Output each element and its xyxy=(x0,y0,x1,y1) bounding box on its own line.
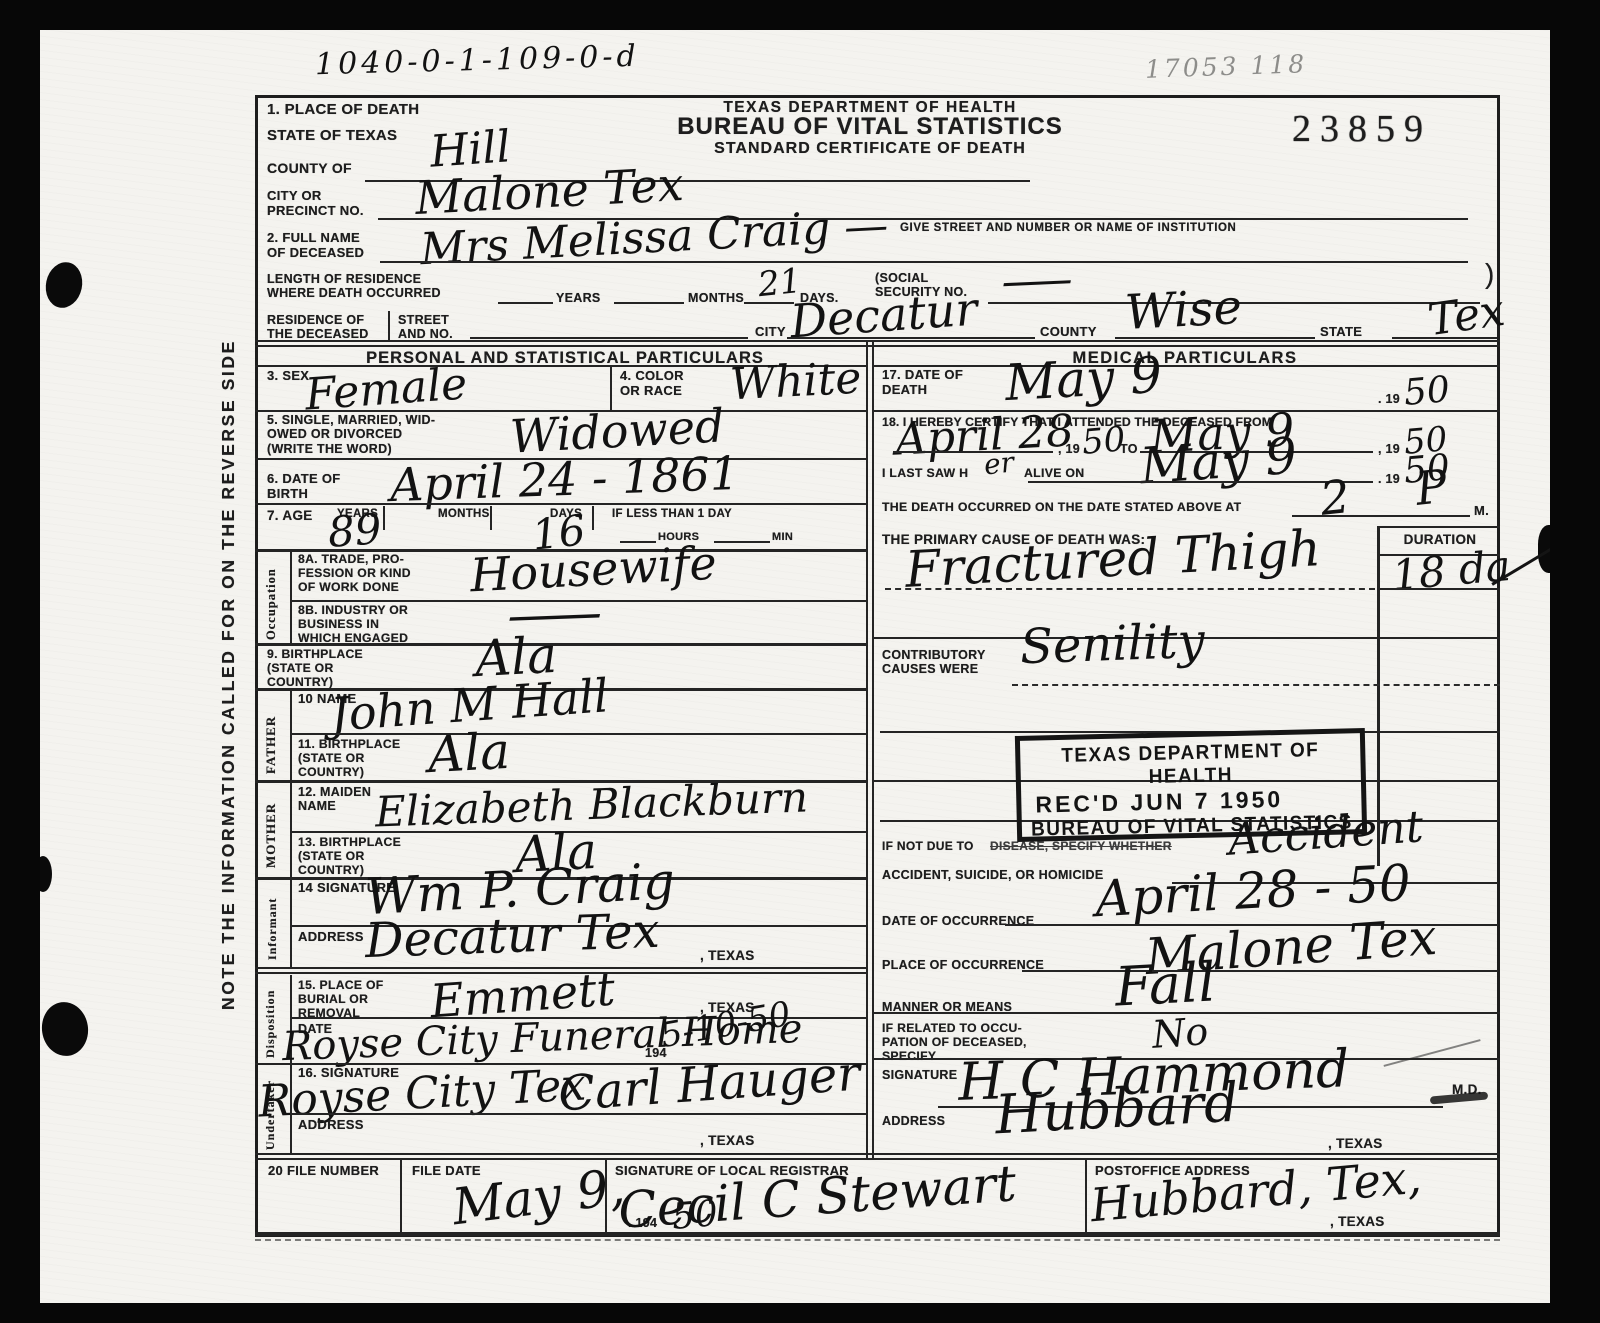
mother-side-label: MOTHER xyxy=(264,790,279,868)
footer-rule-1 xyxy=(255,1153,1500,1155)
date-occurrence-label: DATE OF OCCURRENCE xyxy=(882,914,1034,928)
from-rule xyxy=(893,451,1053,453)
full-name-rule xyxy=(380,261,1468,263)
informant-side-label: Informant xyxy=(266,884,280,960)
age-years-value: 89 xyxy=(327,508,383,554)
physician-address-value: Hubbard xyxy=(994,1076,1240,1143)
min-rule xyxy=(714,541,770,543)
res-state-label: STATE xyxy=(1320,325,1362,340)
birthplace-label: 9. BIRTHPLACE(STATE ORCOUNTRY) xyxy=(267,647,363,689)
accident-suicide-label: ACCIDENT, SUICIDE, OR HOMICIDE xyxy=(882,868,1104,882)
place-of-death-label: 1. PLACE OF DEATH xyxy=(267,101,419,118)
occurred-rule xyxy=(1292,515,1470,517)
contributory-rule xyxy=(1012,684,1500,686)
header-rule-1 xyxy=(255,340,1500,342)
color-race-value: White xyxy=(729,357,862,408)
disposition-side-label: Disposition xyxy=(264,980,278,1058)
days-rule xyxy=(744,302,794,304)
er-value: er xyxy=(983,449,1016,480)
from-19-label: , 19 xyxy=(1058,442,1080,456)
form-bottom-border xyxy=(255,1232,1500,1236)
res-county-rule xyxy=(1115,337,1315,339)
certificate-number: 23859 xyxy=(1292,108,1432,152)
informant-texas-label: , TEXAS xyxy=(700,948,755,964)
date-of-death-value: May 9 xyxy=(1004,350,1163,408)
age-label: 7. AGE xyxy=(267,508,313,524)
father-side-label: FATHER xyxy=(264,696,279,774)
informant-strip-line xyxy=(290,877,292,967)
county-label: COUNTY OF xyxy=(267,160,352,176)
age-tick-3 xyxy=(592,506,594,530)
to-label: TO xyxy=(1120,442,1138,456)
ssn-dash-value: — xyxy=(997,255,1076,304)
row6-rule xyxy=(255,503,866,505)
occupation-side-label: Occupation xyxy=(264,556,278,640)
contributory-value: Senility xyxy=(1019,617,1205,671)
residence-label: RESIDENCE OFTHE DECEASED xyxy=(267,313,369,342)
informant-address-value: Decatur Tex xyxy=(364,907,660,965)
medical-title-rule xyxy=(874,365,1500,367)
months-label: MONTHS xyxy=(688,291,744,305)
disease-specify-label: DISEASE, SPECIFY WHETHER xyxy=(990,840,1172,854)
city-precinct-label: CITY ORPRECINCT NO. xyxy=(267,189,364,219)
to-19-label: , 19 xyxy=(1378,442,1400,456)
row16-rule xyxy=(290,1113,866,1115)
res-city-rule xyxy=(787,337,1035,339)
less-than-day-label: IF LESS THAN 1 DAY xyxy=(612,508,732,521)
dob-value: April 24 - 1861 xyxy=(389,450,739,508)
occurred-label: THE DEATH OCCURRED ON THE DATE STATED AB… xyxy=(882,500,1241,514)
res-county-label: COUNTY xyxy=(1040,325,1097,340)
bureau-title: BUREAU OF VITAL STATISTICS xyxy=(540,113,1200,141)
res-county-value: Wise xyxy=(1124,283,1243,337)
duration-top-rule xyxy=(1377,526,1500,528)
street-rule xyxy=(470,337,748,339)
handwritten-file-code: 1040-0-1-109-0-d xyxy=(315,42,640,80)
cause-rule xyxy=(885,588,1375,590)
marital-label: 5. SINGLE, MARRIED, WID-OWED OR DIVORCED… xyxy=(267,413,435,456)
res-city-value: Decatur xyxy=(789,286,979,345)
trade-label: 8A. TRADE, PRO-FESSION OR KINDOF WORK DO… xyxy=(298,552,411,594)
scan-border-right xyxy=(1550,0,1600,1323)
age-months-label: MONTHS xyxy=(438,508,490,521)
date-of-death-label: 17. DATE OFDEATH xyxy=(882,368,963,398)
footer-div-1 xyxy=(400,1160,402,1234)
residence-tick xyxy=(388,311,390,341)
duration-row-rule xyxy=(1377,588,1500,590)
scan-border-top xyxy=(0,0,1600,30)
stamp-line-1: TEXAS DEPARTMENT OF HEALTH xyxy=(1029,738,1353,791)
age-tick-1 xyxy=(383,506,385,530)
row10-rule xyxy=(290,733,866,735)
physician-texas-label: , TEXAS xyxy=(1328,1136,1383,1152)
physician-address-label: ADDRESS xyxy=(882,1114,945,1128)
occupation-strip-line xyxy=(290,549,292,643)
certificate-title: STANDARD CERTIFICATE OF DEATH xyxy=(560,140,1180,158)
state-of-texas-label: STATE OF TEXAS xyxy=(267,127,397,144)
years-label: YEARS xyxy=(556,291,601,305)
undertaker-texas-label: , TEXAS xyxy=(700,1133,755,1149)
faint-pencil-code: 17053 118 xyxy=(1145,51,1308,82)
months-rule xyxy=(614,302,684,304)
street-and-no-label: STREETAND NO. xyxy=(398,313,453,342)
place-occurrence-rule xyxy=(1022,970,1498,972)
father-birthplace-label: 11. BIRTHPLACE(STATE ORCOUNTRY) xyxy=(298,737,400,779)
color-race-label: 4. COLOROR RACE xyxy=(620,369,684,399)
row8b-rule xyxy=(255,643,866,646)
age-tick-2 xyxy=(490,506,492,530)
res-state-rule xyxy=(1392,337,1497,339)
full-name-label: 2. FULL NAMEOF DECEASED xyxy=(267,231,364,261)
street-hint-label: GIVE STREET AND NUMBER OR NAME OF INSTIT… xyxy=(900,222,1236,235)
dob-label: 6. DATE OFBIRTH xyxy=(267,472,341,502)
scanned-death-certificate: NOTE THE INFORMATION CALLED FOR ON THE R… xyxy=(0,0,1600,1323)
res-city-label: CITY xyxy=(755,325,786,340)
alive-on-label: ALIVE ON xyxy=(1024,466,1084,480)
manner-means-value: Fall xyxy=(1114,955,1217,1014)
file-number-label: 20 FILE NUMBER xyxy=(268,1164,379,1179)
res-state-value: Tex xyxy=(1425,289,1507,343)
mother-strip-line xyxy=(290,780,292,877)
scan-border-bottom xyxy=(0,1303,1600,1323)
industry-label: 8B. INDUSTRY ORBUSINESS INWHICH ENGAGED xyxy=(298,603,408,645)
burial-label: 15. PLACE OFBURIAL ORREMOVAL xyxy=(298,978,384,1020)
min-label: MIN xyxy=(772,531,793,544)
footer-texas-label: , TEXAS xyxy=(1330,1214,1385,1230)
father-birthplace-value: Ala xyxy=(427,726,511,780)
dod-year-value: 50 xyxy=(1403,372,1452,412)
column-divider-1 xyxy=(866,340,868,1158)
last-saw-label: I LAST SAW H xyxy=(882,466,968,480)
column-divider-2 xyxy=(872,340,874,1158)
dod-19-label: . 19 xyxy=(1378,392,1400,406)
maiden-name-label: 12. MAIDENNAME xyxy=(298,785,371,814)
undertaker-address-label: ADDRESS xyxy=(298,1118,364,1133)
place-occurrence-label: PLACE OF OCCURRENCE xyxy=(882,958,1044,972)
scan-border-left xyxy=(0,0,40,1323)
m-label: M. xyxy=(1474,504,1489,519)
years-rule xyxy=(498,302,553,304)
reverse-side-note: NOTE THE INFORMATION CALLED FOR ON THE R… xyxy=(218,310,238,1010)
length-residence-label: LENGTH OF RESIDENCEWHERE DEATH OCCURRED xyxy=(267,272,441,301)
form-bottom-border-dash xyxy=(255,1239,1500,1241)
if-not-due-label: IF NOT DUE TO xyxy=(882,840,974,854)
contributory-label: CONTRIBUTORYCAUSES WERE xyxy=(882,648,986,677)
physician-signature-label: SIGNATURE xyxy=(882,1068,957,1082)
informant-address-label: ADDRESS xyxy=(298,930,364,945)
footer-div-3 xyxy=(1085,1160,1087,1234)
header-rule-2 xyxy=(255,345,1500,347)
